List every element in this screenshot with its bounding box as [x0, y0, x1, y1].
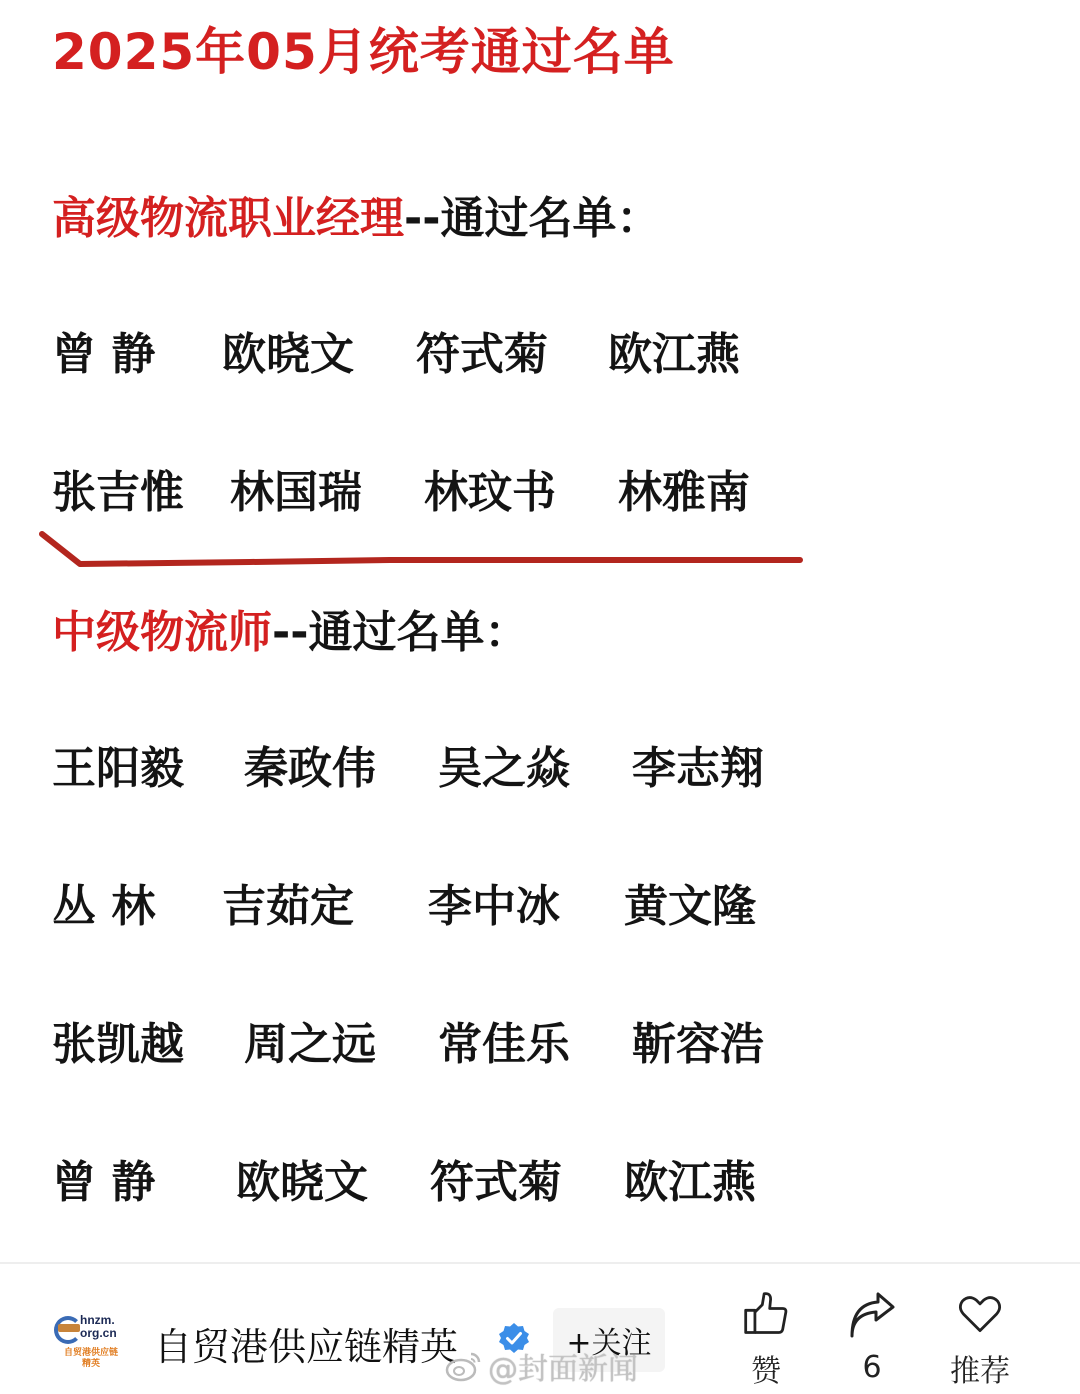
weibo-icon — [444, 1349, 484, 1383]
recommend-label: 推荐 — [950, 1346, 1010, 1390]
thumbs-up-icon — [740, 1290, 792, 1338]
source-watermark: @封面新闻 — [444, 1344, 638, 1388]
section-heading-senior: 高级物流职业经理--通过名单： — [52, 182, 661, 246]
name-item: 曾 静 — [52, 318, 155, 382]
name-item: 李中冰 — [428, 870, 560, 934]
logo-ship-icon — [58, 1324, 80, 1332]
name-item: 欧江燕 — [608, 318, 740, 382]
name-item: 李志翔 — [632, 732, 764, 796]
account-name[interactable]: 自贸港供应链精英 — [154, 1316, 458, 1371]
name-item: 张凯越 — [52, 1008, 184, 1072]
like-label: 赞 — [751, 1346, 781, 1390]
name-item: 吴之焱 — [438, 732, 570, 796]
hand-drawn-underline — [0, 520, 820, 580]
name-item: 张吉惟 — [52, 456, 184, 520]
name-item: 秦政伟 — [244, 732, 376, 796]
share-button[interactable]: 6 — [822, 1290, 922, 1390]
name-item: 符式菊 — [430, 1146, 562, 1210]
name-item: 林国瑞 — [230, 456, 362, 520]
name-item: 曾 静 — [52, 1146, 155, 1210]
watermark-text: @封面新闻 — [488, 1344, 638, 1388]
post-content: 2025年05月统考通过名单 高级物流职业经理--通过名单： 曾 静 欧晓文 符… — [0, 0, 1080, 1262]
post-footer-bar: hnzm. org.cn 自贸港供应链 精英 自贸港供应链精英 +关注 @封面新… — [0, 1262, 1080, 1394]
account-avatar[interactable]: hnzm. org.cn 自贸港供应链 精英 — [52, 1312, 130, 1374]
page-title: 2025年05月统考通过名单 — [52, 12, 675, 84]
share-count: 6 — [862, 1350, 881, 1385]
recommend-button[interactable]: 推荐 — [930, 1290, 1030, 1390]
section-heading-red: 高级物流职业经理 — [52, 193, 404, 244]
name-item: 欧晓文 — [222, 318, 354, 382]
name-item: 吉茹定 — [222, 870, 354, 934]
name-item: 林玟书 — [424, 456, 556, 520]
heart-icon — [954, 1290, 1006, 1338]
share-icon — [846, 1290, 898, 1342]
section-heading-intermediate: 中级物流师--通过名单： — [52, 596, 529, 660]
name-item: 黄文隆 — [624, 870, 756, 934]
logo-mark: hnzm. org.cn — [52, 1314, 130, 1344]
like-button[interactable]: 赞 — [716, 1290, 816, 1390]
name-item: 靳容浩 — [632, 1008, 764, 1072]
logo-cn-text: 自贸港供应链 精英 — [52, 1348, 130, 1370]
name-item: 常佳乐 — [438, 1008, 570, 1072]
section-heading-black: --通过名单： — [272, 607, 529, 658]
name-item: 王阳毅 — [52, 732, 184, 796]
name-item: 林雅南 — [618, 456, 750, 520]
section-heading-black: --通过名单： — [404, 193, 661, 244]
name-item: 周之远 — [244, 1008, 376, 1072]
logo-url: hnzm. org.cn — [80, 1314, 117, 1340]
section-heading-red: 中级物流师 — [52, 607, 272, 658]
name-item: 丛 林 — [52, 870, 155, 934]
name-item: 欧江燕 — [624, 1146, 756, 1210]
name-item: 符式菊 — [416, 318, 548, 382]
name-item: 欧晓文 — [236, 1146, 368, 1210]
